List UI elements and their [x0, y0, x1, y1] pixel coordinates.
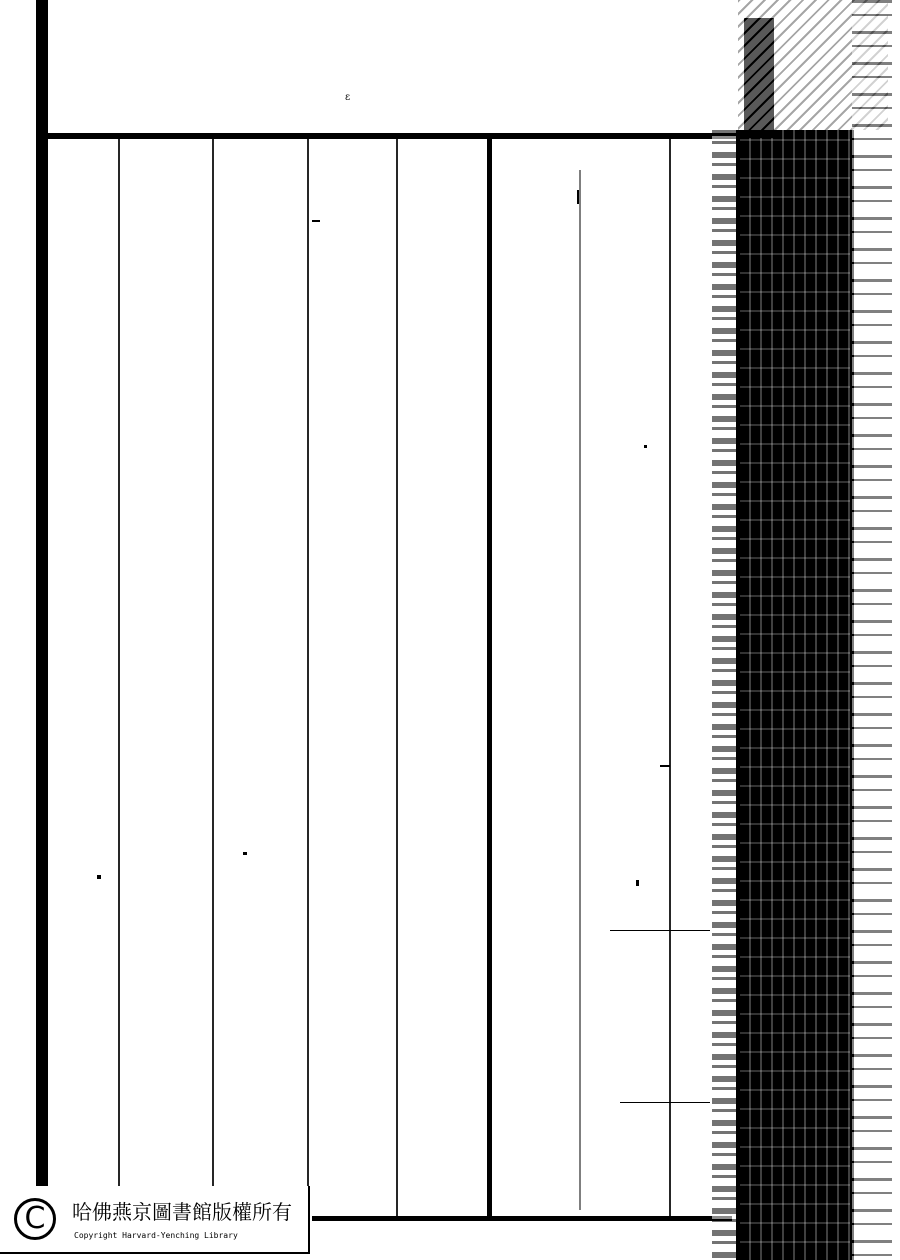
- frayed-right-edge: [852, 0, 892, 1260]
- column-rule: [212, 139, 214, 1219]
- copyright-chinese-text: 哈佛燕京圖書館版權所有: [72, 1196, 292, 1225]
- ink-speck: [644, 445, 647, 448]
- column-rule: [307, 139, 309, 1219]
- copyright-english-text: Copyright Harvard-Yenching Library: [74, 1231, 238, 1240]
- column-rule: [579, 170, 581, 1210]
- ink-speck: [620, 1102, 710, 1103]
- ink-speck: [577, 190, 579, 204]
- column-rule: [669, 139, 671, 1219]
- ink-speck: [610, 930, 710, 931]
- center-column-rule: [487, 139, 492, 1219]
- copyright-icon: C: [14, 1198, 56, 1240]
- spine-texture: [740, 130, 850, 1260]
- column-rule: [396, 139, 398, 1219]
- page-mark: ε: [345, 92, 350, 103]
- column-rule: [118, 139, 120, 1219]
- copyright-stamp: C 哈佛燕京圖書館版權所有 Copyright Harvard-Yenching…: [0, 1186, 310, 1254]
- ink-speck: [660, 765, 670, 767]
- scanned-page: ε C 哈佛燕京圖書館版權所有 Copyright Harvard-Yenchi…: [0, 0, 900, 1260]
- ink-speck: [636, 880, 639, 886]
- left-frame-border: [36, 0, 48, 1190]
- ink-speck: [243, 852, 247, 855]
- ink-speck: [312, 220, 320, 222]
- ink-speck: [97, 875, 101, 879]
- header-rule: [48, 133, 738, 139]
